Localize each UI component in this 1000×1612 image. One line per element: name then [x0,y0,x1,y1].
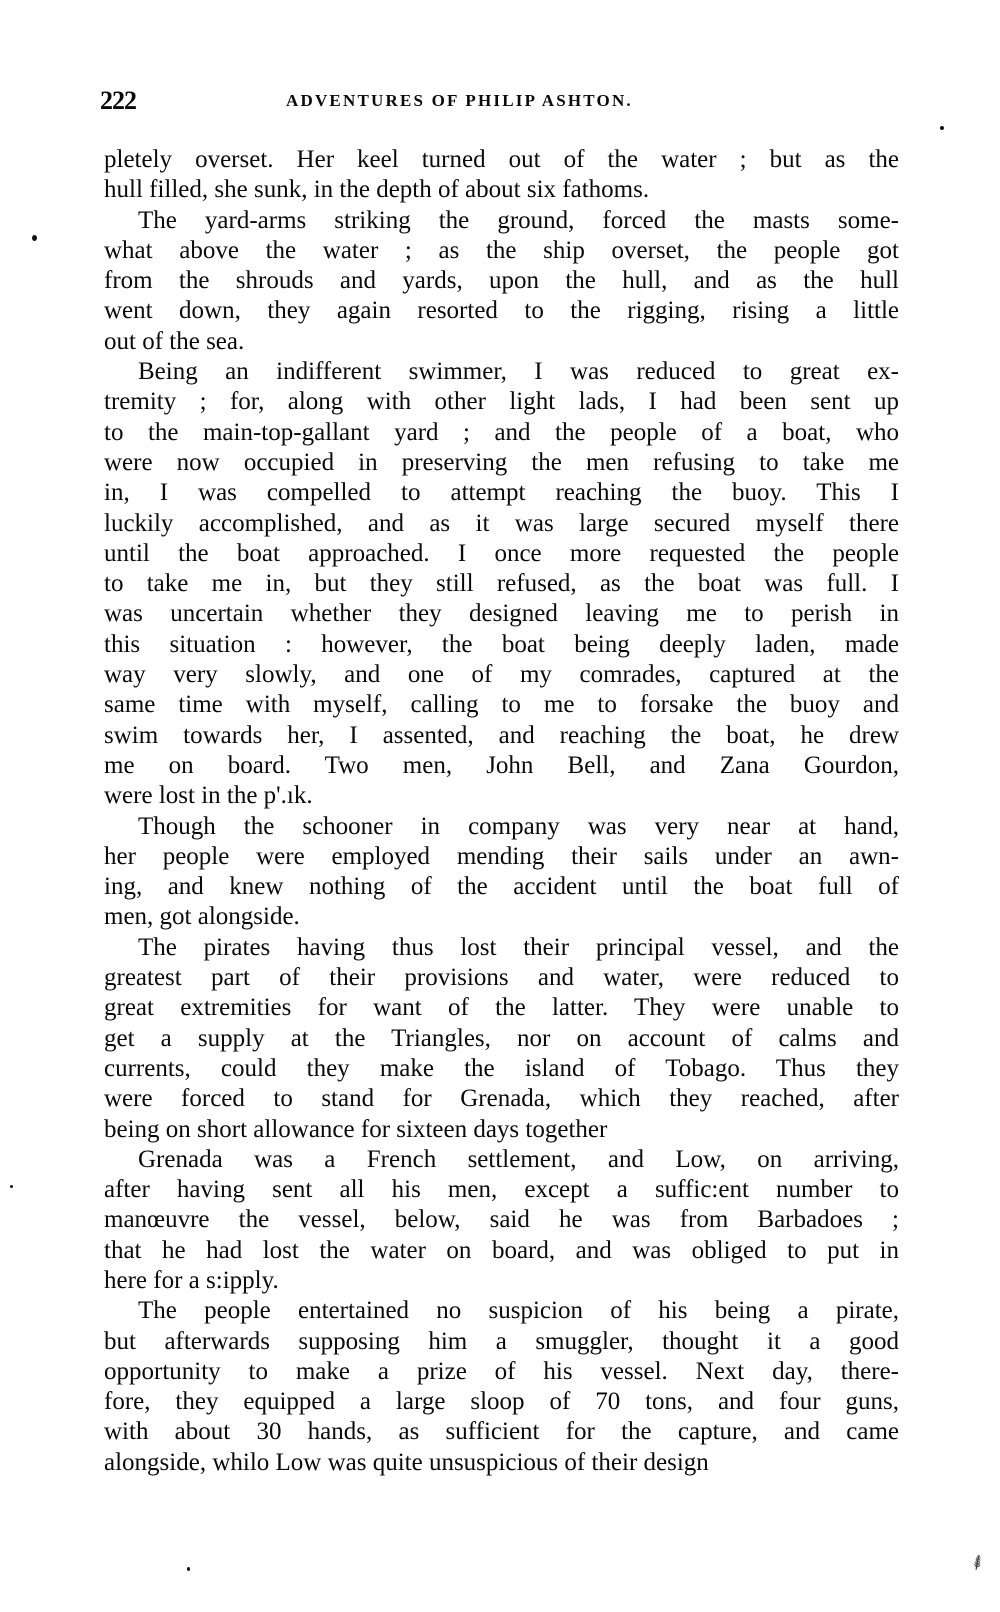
text-line: me on board. Two men, John Bell, and Zan… [104,751,899,781]
text-line: luckily accomplished, and as it was larg… [104,509,899,539]
text-line: went down, they again resorted to the ri… [104,296,899,326]
text-line: The pirates having thus lost their princ… [104,933,899,963]
text-line: men, got alongside. [104,902,899,932]
scan-artifact-mark: ⸙ [965,1544,991,1578]
text-line: were forced to stand for Grenada, which … [104,1084,899,1114]
book-page: 222 ADVENTURES OF PHILIP ASHTON. pletely… [0,0,1000,1612]
paragraph: The people entertained no suspicion of h… [104,1296,899,1478]
scan-speck [32,235,37,241]
page-number: 222 [100,86,136,116]
text-line: Being an indifferent swimmer, I was redu… [104,357,899,387]
text-line: hull filled, she sunk, in the depth of a… [104,175,899,205]
paragraph: The yard-arms striking the ground, force… [104,206,899,357]
text-line: until the boat approached. I once more r… [104,539,899,569]
text-line: this situation : however, the boat being… [104,630,899,660]
text-line: were lost in the p'.ık. [104,781,899,811]
text-line: to the main-top-gallant yard ; and the p… [104,418,899,448]
text-line: The yard-arms striking the ground, force… [104,206,899,236]
text-line: same time with myself, calling to me to … [104,690,899,720]
scan-speck [940,126,944,130]
text-line: in, I was compelled to attempt reaching … [104,478,899,508]
paragraph: pletely overset. Her keel turned out of … [104,145,899,206]
text-line: Though the schooner in company was very … [104,812,899,842]
text-line: were now occupied in preserving the men … [104,448,899,478]
scan-speck [187,1567,190,1571]
text-line: way very slowly, and one of my comrades,… [104,660,899,690]
text-line: after having sent all his men, except a … [104,1175,899,1205]
body-text: pletely overset. Her keel turned out of … [104,145,899,1478]
text-line: pletely overset. Her keel turned out of … [104,145,899,175]
text-line: from the shrouds and yards, upon the hul… [104,266,899,296]
text-line: to take me in, but they still refused, a… [104,569,899,599]
text-line: opportunity to make a prize of his vesse… [104,1357,899,1387]
text-line: being on short allowance for sixteen day… [104,1115,899,1145]
text-line: out of the sea. [104,327,899,357]
text-line: ing, and knew nothing of the accident un… [104,872,899,902]
scan-speck [10,1185,13,1188]
text-line: greatest part of their provisions and wa… [104,963,899,993]
text-line: fore, they equipped a large sloop of 70 … [104,1387,899,1417]
text-line: get a supply at the Triangles, nor on ac… [104,1024,899,1054]
text-line: what above the water ; as the ship overs… [104,236,899,266]
text-line: Grenada was a French settlement, and Low… [104,1145,899,1175]
page-header: 222 ADVENTURES OF PHILIP ASHTON. [96,86,916,116]
text-line: tremity ; for, along with other light la… [104,387,899,417]
text-line: but afterwards supposing him a smuggler,… [104,1327,899,1357]
running-head: ADVENTURES OF PHILIP ASHTON. [286,90,633,112]
text-line: manœuvre the vessel, below, said he was … [104,1205,899,1235]
paragraph: Though the schooner in company was very … [104,812,899,933]
text-line: currents, could they make the island of … [104,1054,899,1084]
text-line: was uncertain whether they designed leav… [104,599,899,629]
paragraph: The pirates having thus lost their princ… [104,933,899,1145]
text-line: The people entertained no suspicion of h… [104,1296,899,1326]
text-line: with about 30 hands, as sufficient for t… [104,1417,899,1447]
text-line: here for a s:ipply. [104,1266,899,1296]
text-line: her people were employed mending their s… [104,842,899,872]
text-line: swim towards her, I assented, and reachi… [104,721,899,751]
text-line: great extremities for want of the latter… [104,993,899,1023]
paragraph: Being an indifferent swimmer, I was redu… [104,357,899,811]
text-line: that he had lost the water on board, and… [104,1236,899,1266]
text-line: alongside, whilo Low was quite unsuspici… [104,1448,899,1478]
paragraph: Grenada was a French settlement, and Low… [104,1145,899,1296]
